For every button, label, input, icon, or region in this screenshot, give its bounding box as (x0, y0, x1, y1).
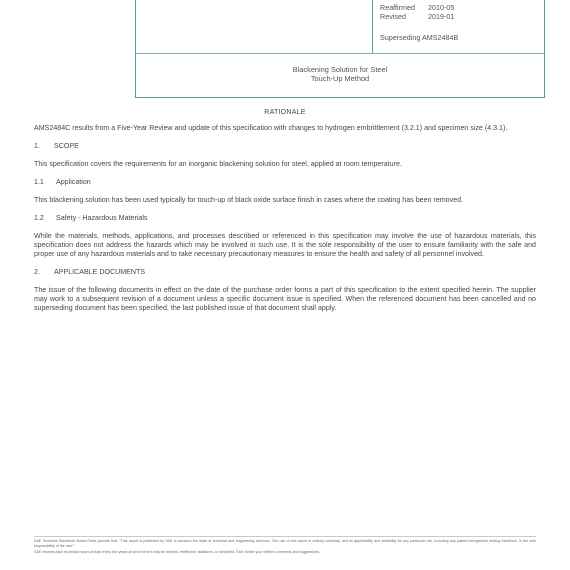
document-body: RATIONALE AMS2484C results from a Five-Y… (34, 108, 536, 322)
header-top-row: Reaffirmed 2010-05 Revised 2019-01 Super… (136, 0, 544, 54)
legal-footer: SAE Technical Standards Board Rules prov… (34, 536, 536, 556)
section-title: Application (56, 178, 91, 186)
title-line-1: Blackening Solution for Steel (136, 65, 544, 74)
section-text-applicable-documents: The issue of the following documents in … (34, 286, 536, 313)
truncated-header-text-left: SAE INTERNATIONAL (34, 0, 114, 2)
revised-date: 2019-01 (428, 12, 454, 21)
section-number: 1. (34, 142, 54, 151)
reaffirmed-label: Reaffirmed (380, 3, 426, 12)
title-line-2: Touch-Up Method (136, 74, 544, 83)
revised-row: Revised 2019-01 (380, 12, 454, 21)
footer-paragraph-1: SAE Technical Standards Board Rules prov… (34, 539, 536, 548)
header-left-cell (136, 0, 373, 53)
section-number: 1.1 (34, 178, 56, 187)
section-text-scope: This specification covers the requiremen… (34, 160, 536, 169)
section-heading-application: 1.1Application (34, 178, 536, 187)
section-title: SCOPE (54, 142, 79, 150)
document-title: Blackening Solution for Steel Touch-Up M… (136, 54, 544, 96)
section-heading-scope: 1.SCOPE (34, 142, 536, 151)
footer-paragraph-2: SAE reviews each technical report at lea… (34, 550, 536, 555)
reaffirmed-row: Reaffirmed 2010-05 (380, 3, 454, 12)
reaffirmed-date: 2010-05 (428, 3, 454, 12)
section-title: APPLICABLE DOCUMENTS (54, 268, 145, 276)
section-text-safety: While the materials, methods, applicatio… (34, 232, 536, 259)
revised-label: Revised (380, 12, 426, 21)
revision-info-cell: Reaffirmed 2010-05 Revised 2019-01 Super… (380, 0, 540, 53)
superseding-row: Superseding AMS2484B (380, 33, 458, 42)
rationale-text: AMS2484C results from a Five-Year Review… (34, 124, 536, 133)
rationale-heading: RATIONALE (34, 108, 536, 117)
section-text-application: This blackening solution has been used t… (34, 196, 536, 205)
section-title: Safety - Hazardous Materials (56, 214, 147, 222)
section-heading-applicable-documents: 2.APPLICABLE DOCUMENTS (34, 268, 536, 277)
document-header-box: Reaffirmed 2010-05 Revised 2019-01 Super… (135, 0, 545, 98)
section-number: 1.2 (34, 214, 56, 223)
section-number: 2. (34, 268, 54, 277)
section-heading-safety: 1.2Safety - Hazardous Materials (34, 214, 536, 223)
